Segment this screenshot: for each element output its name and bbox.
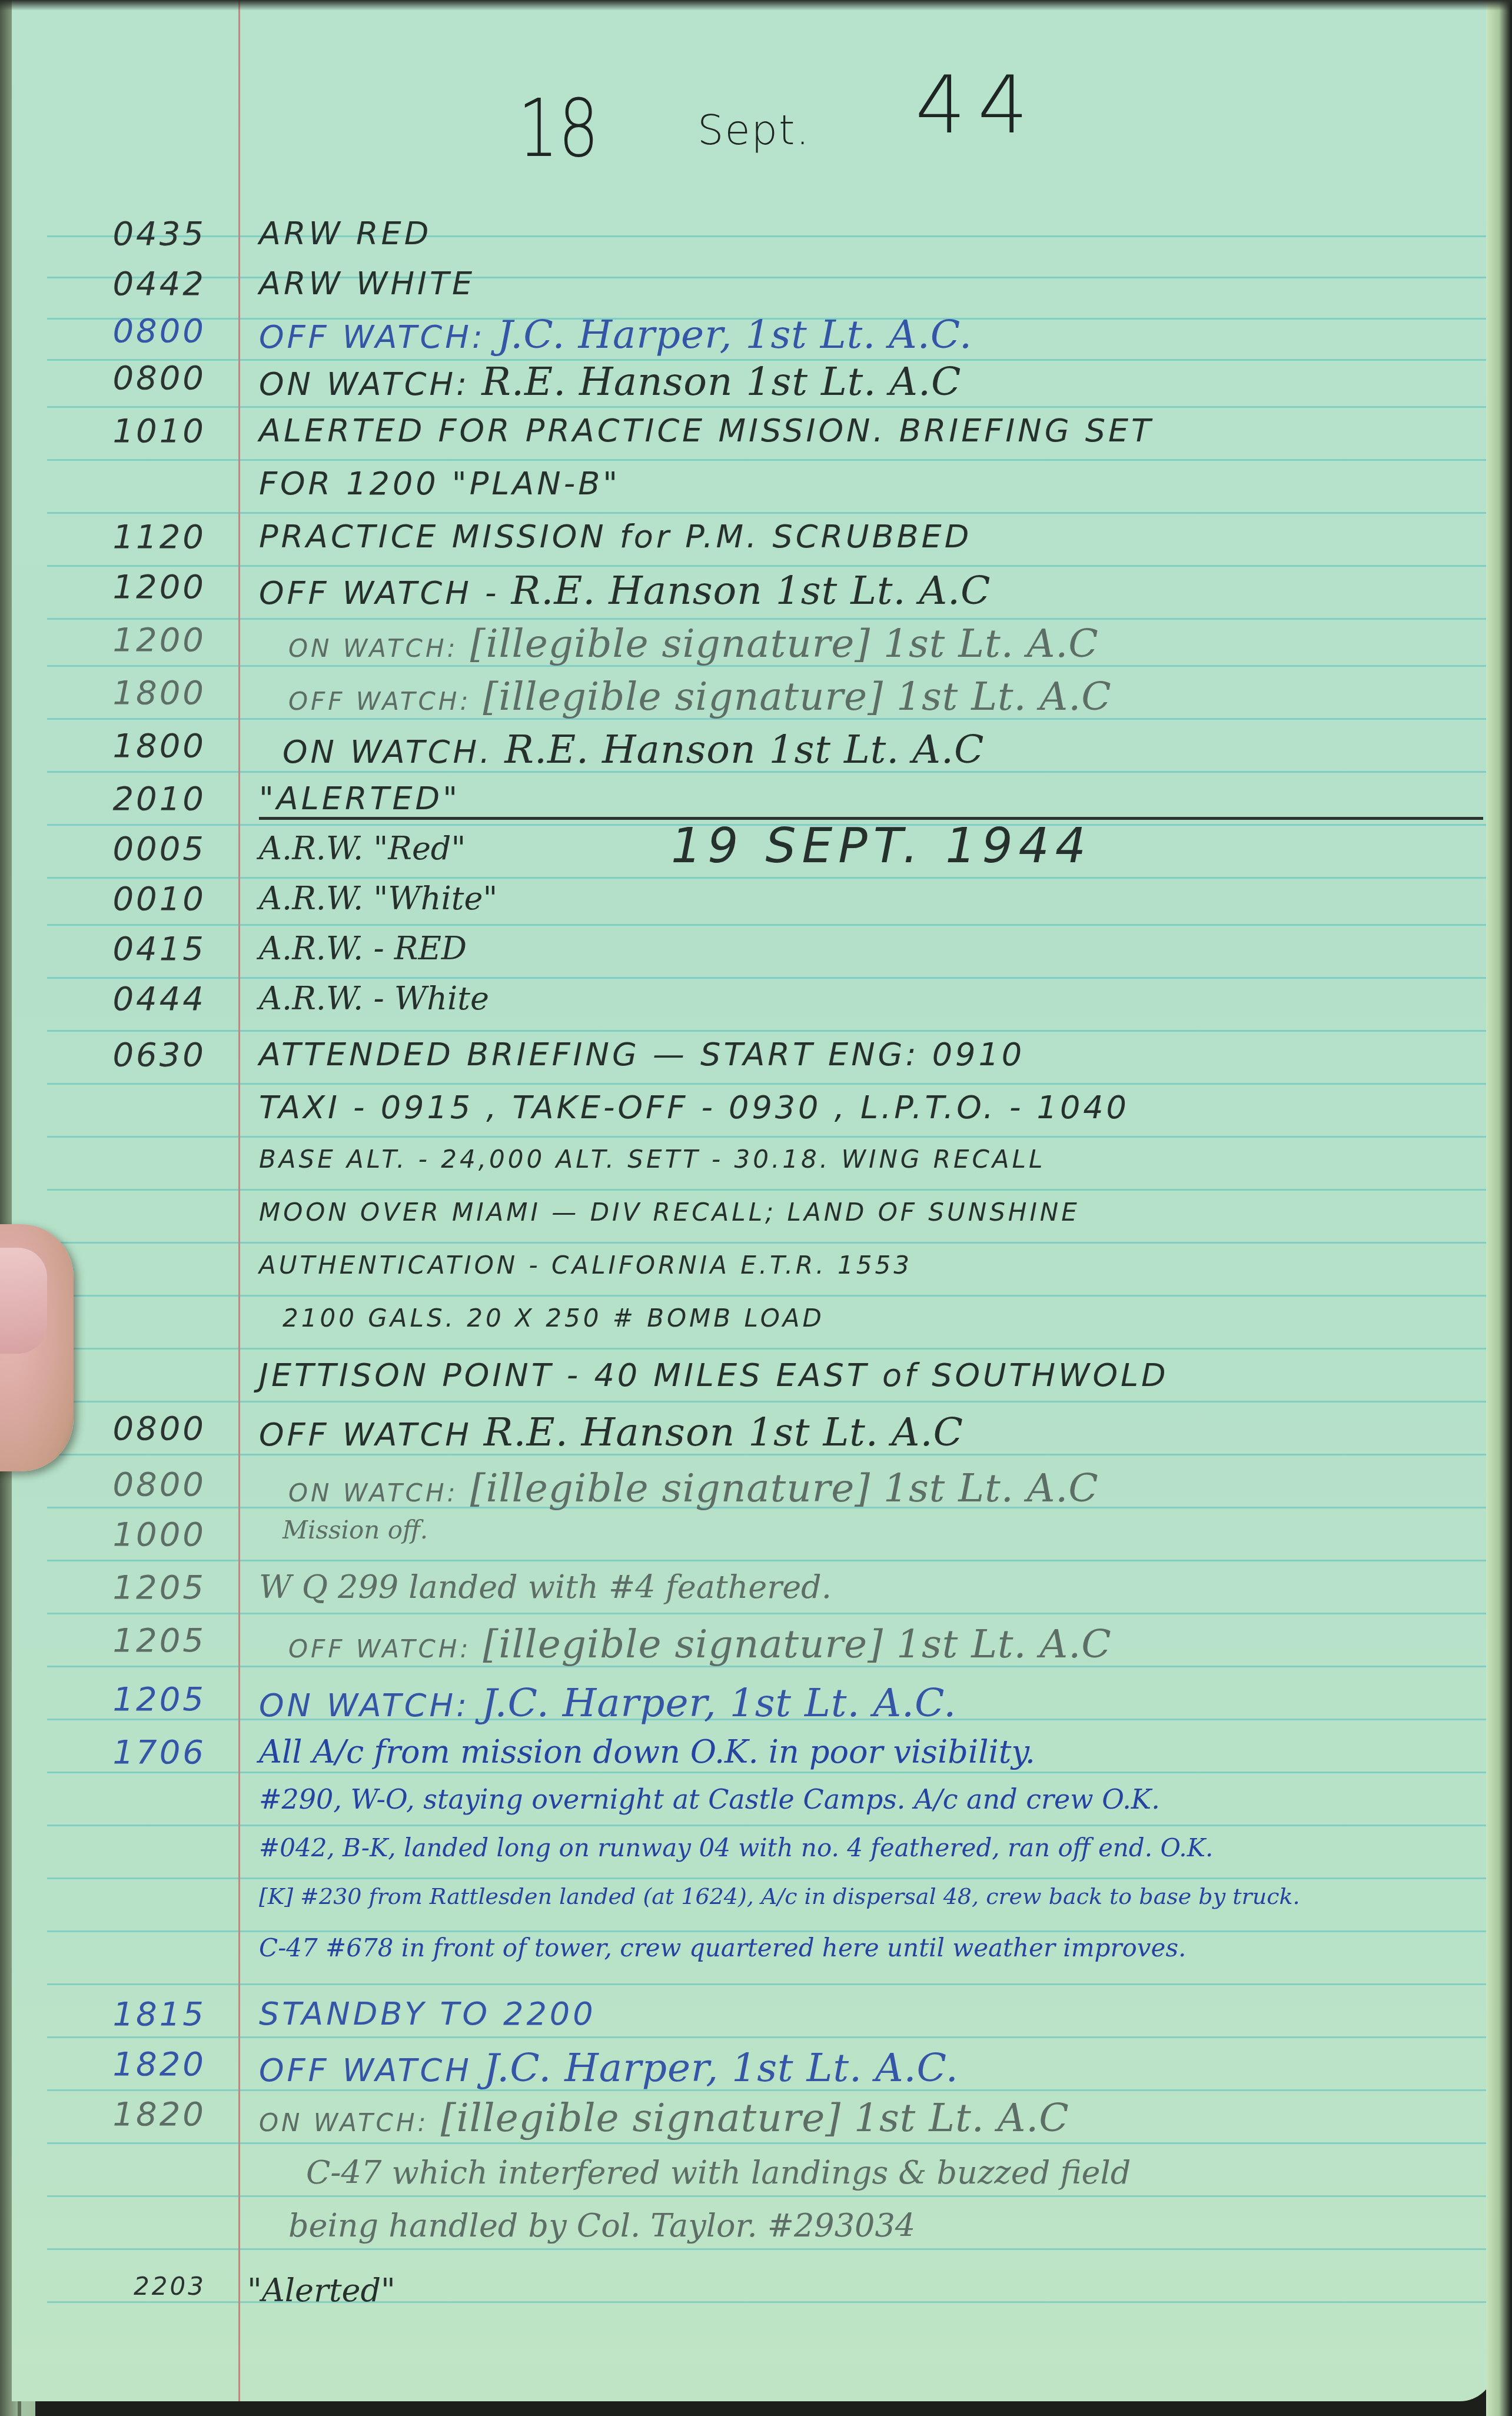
entry-time: 0444 (59, 980, 206, 1018)
entry-time: 1205 (59, 1680, 206, 1719)
rule-line (47, 1030, 1495, 1032)
entry-text: Mission off. (283, 1516, 1495, 1544)
entry-time: 2203 (59, 2272, 206, 2301)
signature: [illegible signature] 1st Lt. A.C (470, 621, 1099, 666)
entry-text: ATTENDED BRIEFING — START ENG: 0910 (259, 1036, 1483, 1073)
rule-line (47, 1136, 1495, 1138)
rule-line (47, 977, 1495, 979)
rule-line (47, 924, 1495, 926)
entry-text: OFF WATCH:[illegible signature] 1st Lt. … (288, 1621, 1495, 1667)
entry-time: 1820 (59, 2045, 206, 2083)
entry-label: ON WATCH: (259, 2108, 429, 2137)
rule-line (47, 2195, 1495, 2197)
entry-time: 0800 (59, 359, 206, 397)
entry-text: JETTISON POINT - 40 MILES EAST of SOUTHW… (259, 1357, 1483, 1394)
entry-text: A.R.W. "White" (259, 880, 1483, 917)
entry-text: ARW WHITE (259, 265, 1483, 302)
entry-time: 1800 (59, 727, 206, 765)
signature: J.C. Harper, 1st Lt. A.C. (497, 312, 972, 357)
entry-time: 1205 (59, 1621, 206, 1660)
thumbnail-shape (0, 1248, 47, 1354)
entry-text: OFF WATCH -R.E. Hanson 1st Lt. A.C (259, 568, 1483, 613)
entry-label: ON WATCH: (288, 634, 458, 663)
entry-text: ON WATCH:[illegible signature] 1st Lt. A… (259, 2095, 1483, 2141)
entry-text: C-47 #678 in front of tower, crew quarte… (259, 1933, 1483, 1962)
rule-line (47, 1772, 1495, 1773)
rule-line (47, 1877, 1495, 1879)
entry-time: 1120 (59, 518, 206, 556)
rule-line (47, 1930, 1495, 1932)
entry-text: ON WATCH:R.E. Hanson 1st Lt. A.C (259, 359, 1483, 404)
entry-text: A.R.W. - White (259, 980, 1483, 1017)
page-edge (1486, 0, 1512, 2416)
thumb-holding-page (0, 1224, 74, 1471)
entry-text: ARW RED (259, 215, 1483, 252)
entry-text: W Q 299 landed with #4 feathered. (259, 1568, 1483, 1606)
entry-text: MOON OVER MIAMI — DIV RECALL; LAND OF SU… (259, 1198, 1483, 1227)
entry-time: 1800 (59, 674, 206, 712)
entry-text: All A/c from mission down O.K. in poor v… (259, 1733, 1483, 1770)
entry-time: 1706 (59, 1733, 206, 1772)
entry-time: 1200 (59, 568, 206, 606)
entry-time: 0630 (59, 1036, 206, 1074)
rule-line (47, 406, 1495, 408)
rule-line (47, 2036, 1495, 2038)
entry-text: STANDBY TO 2200 (259, 1995, 1483, 2032)
entry-text: ON WATCH:[illegible signature] 1st Lt. A… (288, 621, 1495, 666)
rule-line (47, 512, 1495, 514)
entry-text: AUTHENTICATION - CALIFORNIA E.T.R. 1553 (259, 1251, 1483, 1280)
entry-label: OFF WATCH (259, 1416, 472, 1453)
entry-text: ALERTED FOR PRACTICE MISSION. BRIEFING S… (259, 412, 1483, 449)
signature: [illegible signature] 1st Lt. A.C (483, 1621, 1112, 1667)
signature: [illegible signature] 1st Lt. A.C (441, 2095, 1069, 2141)
rule-line (47, 459, 1495, 461)
signature: [illegible signature] 1st Lt. A.C (470, 1465, 1099, 1511)
entry-time: 0010 (59, 880, 206, 918)
rule-line (47, 1295, 1495, 1297)
entry-text: TAXI - 0915 , TAKE-OFF - 0930 , L.P.T.O.… (259, 1089, 1483, 1126)
entry-text: OFF WATCH:J.C. Harper, 1st Lt. A.C. (259, 312, 1483, 357)
entry-text: #290, W-O, staying overnight at Castle C… (259, 1783, 1483, 1815)
signature: R.E. Hanson 1st Lt. A.C (511, 568, 991, 613)
margin-line (238, 0, 240, 2401)
entry-time: 1000 (59, 1516, 206, 1554)
signature: J.C. Harper, 1st Lt. A.C. (484, 2045, 959, 2091)
rule-line (47, 1083, 1495, 1085)
rule-line (47, 1189, 1495, 1191)
rule-line (47, 618, 1495, 620)
entry-time: 0005 (59, 830, 206, 868)
entry-time: 0415 (59, 930, 206, 968)
entry-label: OFF WATCH - (259, 574, 499, 612)
rule-line (47, 2248, 1495, 2250)
entry-time: 1820 (59, 2095, 206, 2133)
rule-line (47, 1613, 1495, 1614)
signature: R.E. Hanson 1st Lt. A.C (484, 1410, 963, 1455)
rule-line (47, 877, 1495, 879)
entry-text: OFF WATCH:[illegible signature] 1st Lt. … (288, 674, 1495, 719)
signature: [illegible signature] 1st Lt. A.C (483, 674, 1112, 719)
entry-text: #042, B-K, landed long on runway 04 with… (259, 1833, 1483, 1862)
signature: R.E. Hanson 1st Lt. A.C (504, 727, 984, 772)
entry-time: 0442 (59, 265, 206, 303)
entry-text: OFF WATCHR.E. Hanson 1st Lt. A.C (259, 1410, 1483, 1455)
entry-text: PRACTICE MISSION for P.M. SCRUBBED (259, 518, 1483, 555)
entry-text: C-47 which interfered with landings & bu… (306, 2154, 1495, 2191)
rule-line (47, 1348, 1495, 1350)
rule-line (47, 1401, 1495, 1403)
rule-line (47, 1560, 1495, 1561)
entry-label: OFF WATCH: (259, 318, 486, 355)
entry-label: OFF WATCH: (288, 1634, 471, 1663)
entry-text: OFF WATCHJ.C. Harper, 1st Lt. A.C. (259, 2045, 1483, 2091)
header-day: 18 (518, 82, 599, 175)
rule-line (47, 1825, 1495, 1826)
entry-label: OFF WATCH (259, 2052, 472, 2089)
entry-time: 1205 (59, 1568, 206, 1607)
entry-text: ON WATCH:J.C. Harper, 1st Lt. A.C. (259, 1680, 1483, 1726)
entry-time: 0800 (59, 312, 206, 350)
entry-time: 2010 (59, 780, 206, 818)
signature: J.C. Harper, 1st Lt. A.C. (481, 1680, 956, 1726)
entry-text: FOR 1200 "PLAN-B" (259, 465, 1483, 502)
entry-text: [K] #230 from Rattlesden landed (at 1624… (259, 1883, 1483, 1909)
entry-text: ON WATCH:[illegible signature] 1st Lt. A… (288, 1465, 1495, 1511)
entry-time: 1200 (59, 621, 206, 659)
mid-page-date: 19 SEPT. 1944 (671, 818, 1092, 874)
entry-text: "Alerted" (247, 2272, 1471, 2309)
entry-time: 0435 (59, 215, 206, 253)
header-month: Sept. (697, 106, 810, 154)
entry-time: 0800 (59, 1410, 206, 1448)
entry-text: being handled by Col. Taylor. #293034 (288, 2207, 1495, 2244)
rule-line (47, 1983, 1495, 1985)
header-year: 44 (915, 59, 1040, 151)
entry-label: ON WATCH: (259, 1687, 470, 1724)
entry-label: OFF WATCH: (288, 687, 471, 716)
entry-time: 1010 (59, 412, 206, 450)
rule-line (47, 1242, 1495, 1244)
entry-text: 2100 GALS. 20 X 250 # BOMB LOAD (283, 1304, 1495, 1332)
entry-label: ON WATCH: (259, 365, 470, 403)
logbook-page: 18 Sept. 44 0435 ARW RED 0442 ARW WHITE … (12, 0, 1495, 2401)
rule-line (47, 2142, 1495, 2144)
entry-text: "ALERTED" (259, 780, 1483, 820)
entry-label: ON WATCH: (288, 1478, 458, 1507)
entry-text: ON WATCH.R.E. Hanson 1st Lt. A.C (283, 727, 1495, 772)
entry-text: BASE ALT. - 24,000 ALT. SETT - 30.18. WI… (259, 1145, 1483, 1174)
signature: R.E. Hanson 1st Lt. A.C (481, 359, 961, 404)
entry-time: 1815 (59, 1995, 206, 2033)
entry-text: A.R.W. - RED (259, 930, 1483, 967)
entry-time: 0800 (59, 1465, 206, 1504)
rule-line (47, 565, 1495, 567)
entry-label: ON WATCH. (283, 733, 493, 770)
top-shadow (0, 0, 1512, 11)
